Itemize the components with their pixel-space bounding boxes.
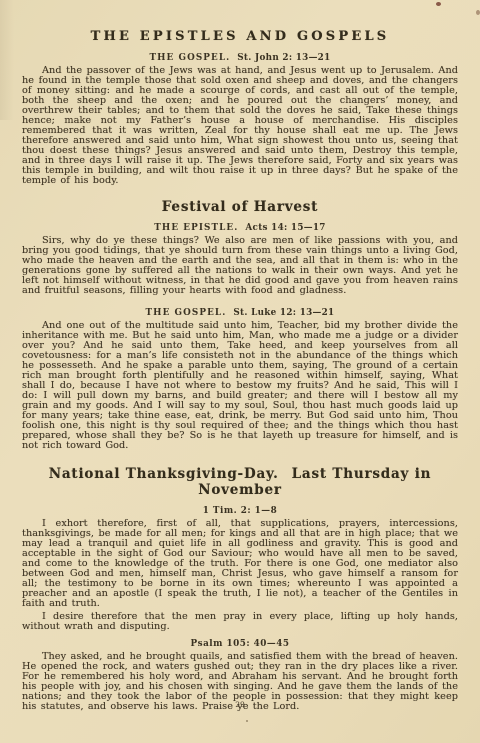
page-number: 29: [0, 700, 480, 709]
scan-speck: [246, 720, 248, 722]
reading-label: THE GOSPEL.: [149, 53, 230, 63]
scan-speck: [476, 10, 480, 15]
reading-reference: Acts 14: 15—17: [245, 223, 325, 233]
scripture-paragraph-timothy-2: I desire therefore that the men pray in …: [22, 612, 458, 632]
reading-heading-epistle-acts: THE EPISTLE.Acts 14: 15—17: [22, 223, 458, 233]
reading-heading-psalm: Psalm 105: 40—45: [22, 639, 458, 649]
scan-edge-shadow: [0, 0, 14, 120]
scripture-paragraph-acts: Sirs, why do ye these things? We also ar…: [22, 236, 458, 296]
reading-heading-gospel-john: THE GOSPEL.St. John 2: 13—21: [22, 53, 458, 63]
reading-reference: St. John 2: 13—21: [237, 53, 330, 63]
reading-heading-timothy: 1 Tim. 2: 1—8: [22, 506, 458, 516]
book-page: THE EPISTLES AND GOSPELS THE GOSPEL.St. …: [0, 0, 480, 743]
section-heading-thanksgiving-left: National Thanksgiving-Day.: [49, 466, 279, 482]
page-title: THE EPISTLES AND GOSPELS: [22, 29, 458, 44]
page-content: THE EPISTLES AND GOSPELS THE GOSPEL.St. …: [0, 0, 480, 712]
scripture-paragraph-john: And the passover of the Jews was at hand…: [22, 66, 458, 186]
scripture-paragraph-timothy-1: I exhort therefore, first of all, that s…: [22, 519, 458, 609]
reading-label: THE GOSPEL.: [146, 308, 227, 318]
scan-speck: [436, 2, 441, 6]
reading-reference: 1 Tim. 2: 1—8: [203, 506, 277, 516]
reading-label: THE EPISTLE.: [154, 223, 238, 233]
section-heading-thanksgiving: National Thanksgiving-Day.Last Thursday …: [22, 466, 458, 498]
reading-reference: St. Luke 12: 13—21: [233, 308, 334, 318]
reading-reference: Psalm 105: 40—45: [191, 639, 290, 649]
scripture-paragraph-luke: And one out of the multitude said unto h…: [22, 321, 458, 451]
section-heading-festival-of-harvest: Festival of Harvest: [22, 199, 458, 215]
reading-heading-gospel-luke: THE GOSPEL.St. Luke 12: 13—21: [22, 308, 458, 318]
